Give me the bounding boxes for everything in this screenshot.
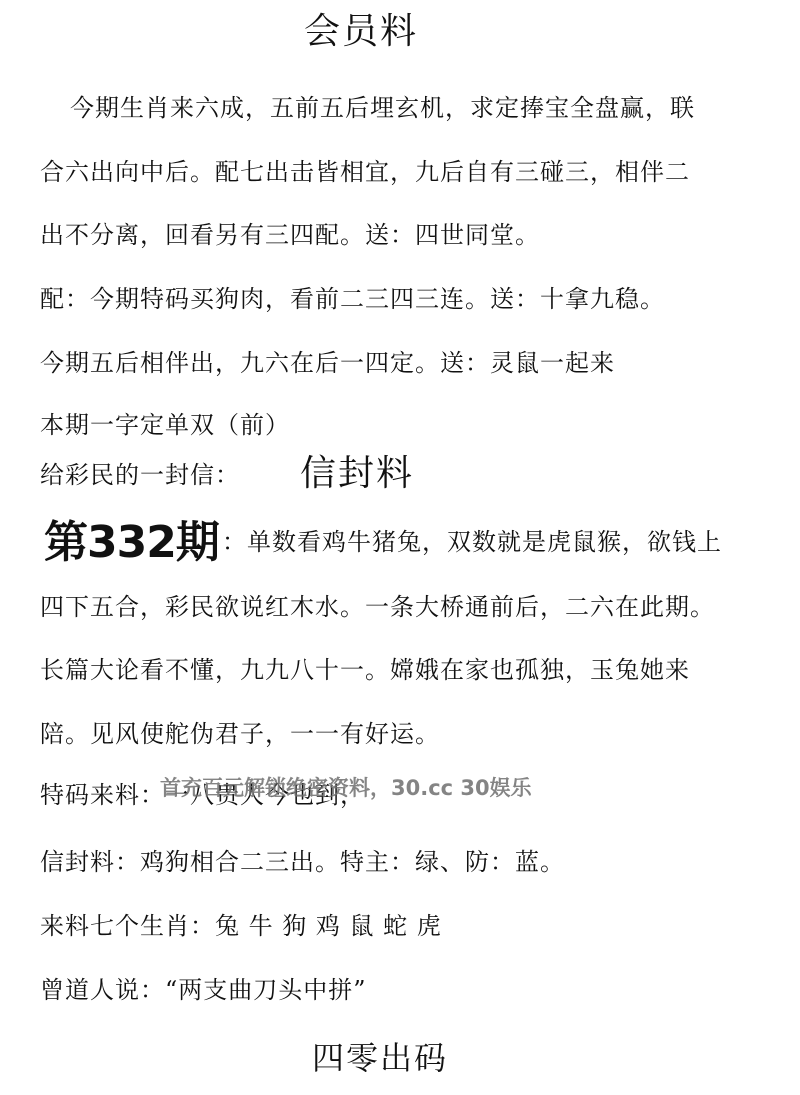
member-line-3: 出不分离，回看另有三四配。送：四世同堂。 — [40, 220, 540, 250]
taoist-saying-line: 曾道人说：“两支曲刀头中拼” — [40, 975, 367, 1005]
page-title: 会员料 — [304, 10, 418, 54]
member-line-4: 配：今期特码买狗肉，看前二三四三连。送：十拿九稳。 — [40, 284, 665, 314]
watermark-overlay: 首充百元解锁绝密资料，30.cc 30娱乐 — [160, 774, 532, 802]
document-page: 会员料 今期生肖来六成，五前五后埋玄机，求定捧宝全盘赢，联 合六出向中后。配七出… — [0, 0, 800, 1095]
letter-line-3: 长篇大论看不懂，九九八十一。嫦娥在家也孤独，玉兔她来 — [40, 655, 690, 685]
member-line-1: 今期生肖来六成，五前五后埋玄机，求定捧宝全盘赢，联 — [70, 93, 695, 123]
member-line-6: 本期一字定单双（前） — [40, 410, 290, 440]
member-line-5: 今期五后相伴出，九六在后一四定。送：灵鼠一起来 — [40, 348, 615, 378]
letter-line-2: 四下五合，彩民欲说红木水。一条大桥通前后，二六在此期。 — [40, 592, 715, 622]
issue-number: 第332期 — [44, 513, 219, 573]
letter-intro: 给彩民的一封信： — [40, 460, 240, 490]
seven-zodiacs-line: 来料七个生肖：兔 牛 狗 鸡 鼠 蛇 虎 — [40, 911, 442, 941]
footer-title: 四零出码 — [312, 1036, 448, 1080]
envelope-line: 信封料：鸡狗相合二三出。特主：绿、防：蓝。 — [40, 847, 565, 877]
member-line-2: 合六出向中后。配七出击皆相宜，九后自有三碰三，相伴二 — [40, 157, 690, 187]
letter-title: 信封料 — [300, 452, 414, 496]
letter-line-1: ：单数看鸡牛猪兔，双数就是虎鼠猴，欲钱上 — [222, 527, 722, 557]
letter-line-4: 陪。见风使舵伪君子，一一有好运。 — [40, 719, 440, 749]
